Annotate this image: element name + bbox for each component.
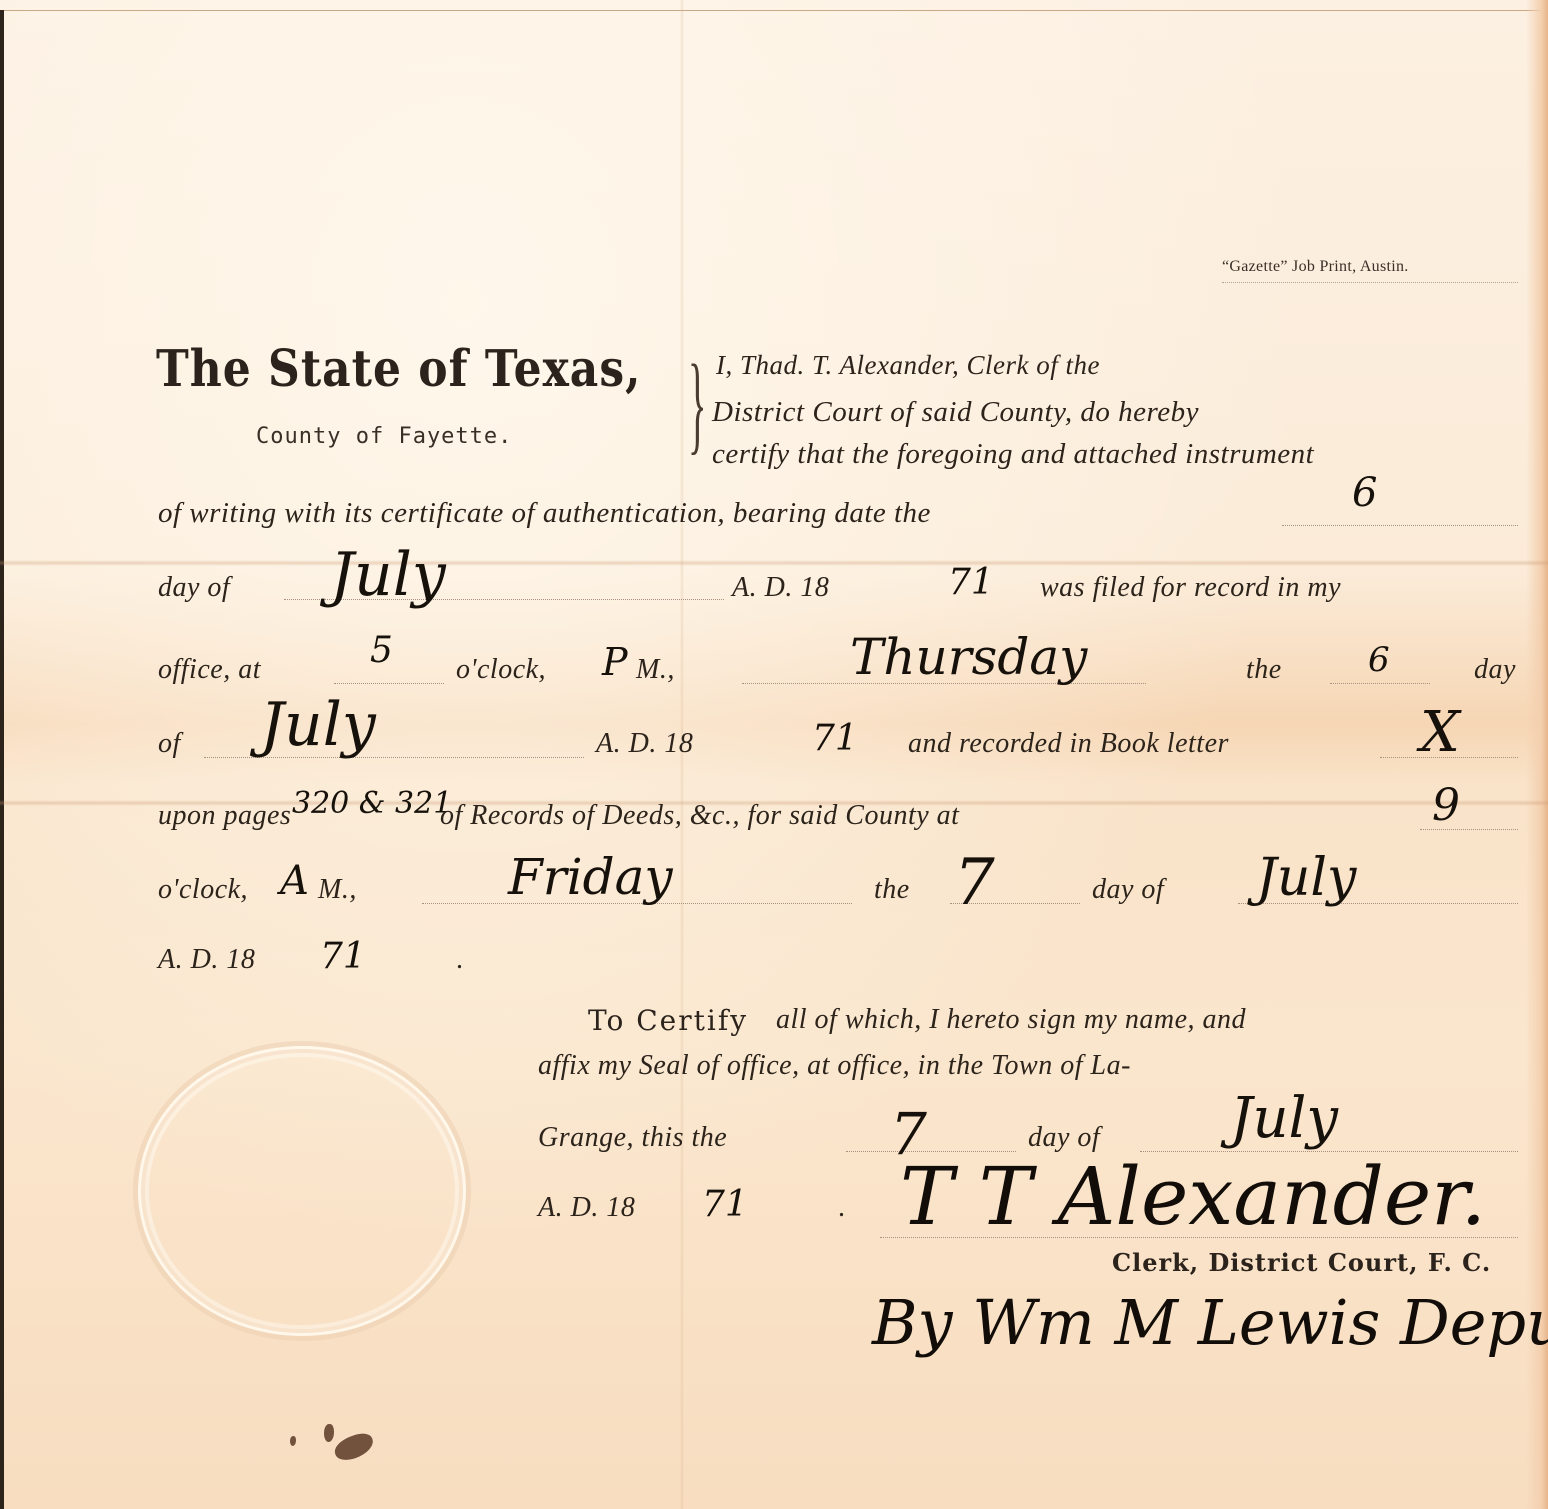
handwritten-recorded-hour: 9: [1432, 780, 1460, 831]
handwritten-attest-month: July: [1230, 1086, 1338, 1151]
handwritten-pages: 320 & 321: [292, 786, 452, 821]
cert-line-9d: day of: [1092, 874, 1164, 906]
state-title: The State of Texas,: [156, 340, 641, 399]
handwritten-recorded-weekday: Friday: [508, 848, 673, 906]
cert-line-4: of writing with its certificate of authe…: [158, 497, 931, 530]
deputy-signature: By Wm M Lewis Deputy: [872, 1286, 1548, 1359]
handwritten-recorded-month: July: [1256, 848, 1356, 908]
period-mark: .: [456, 944, 464, 976]
handwritten-bearing-year: 71: [948, 562, 994, 603]
cert-line-5b: A. D. 18: [732, 572, 829, 604]
cert-line-5c: was filed for record in my: [1040, 572, 1341, 604]
clerk-title: Clerk, District Court, F. C.: [1112, 1248, 1491, 1277]
paper-right-edge: [1526, 0, 1548, 1509]
clerk-signature: T T Alexander.: [900, 1150, 1486, 1243]
cert-line-2: District Court of said County, do hereby: [712, 396, 1199, 429]
handwritten-recorded-year: 71: [320, 936, 366, 977]
paper-left-edge: [0, 10, 4, 1509]
handwritten-filed-year: 71: [812, 718, 858, 759]
fill-line: [1330, 682, 1430, 684]
cert-line-9a: o'clock,: [158, 874, 248, 906]
cert-line-3: certify that the foregoing and attached …: [712, 438, 1314, 471]
handwritten-attest-year: 71: [702, 1184, 748, 1225]
cert-line-8b: of Records of Deeds, &c., for said Count…: [440, 800, 959, 832]
handwritten-bearing-day: 6: [1352, 470, 1377, 516]
embossed-seal: [138, 1046, 466, 1336]
fill-line: [1282, 524, 1518, 526]
attest-line-1: all of which, I hereto sign my name, and: [776, 1004, 1246, 1036]
attest-line-4: A. D. 18: [538, 1192, 635, 1224]
to-certify-heading: To Certify: [588, 1004, 748, 1037]
printer-imprint: “Gazette” Job Print, Austin.: [1222, 258, 1518, 283]
fold-crease: [0, 560, 1548, 566]
attest-blackletter: To Certify: [588, 1004, 748, 1038]
cert-line-6c: M.,: [636, 654, 675, 686]
handwritten-filed-day: 6: [1368, 640, 1390, 680]
cert-line-7c: and recorded in Book letter: [908, 728, 1229, 760]
cert-line-6a: office, at: [158, 654, 261, 686]
cert-line-6e: day: [1474, 654, 1516, 686]
cert-line-8a: upon pages: [158, 800, 291, 832]
attest-line-2: affix my Seal of office, at office, in t…: [538, 1050, 1131, 1082]
cert-line-9c: the: [874, 874, 910, 906]
cert-line-7a: of: [158, 728, 181, 760]
cert-line-6d: the: [1246, 654, 1282, 686]
attest-line-3a: Grange, this the: [538, 1122, 727, 1154]
handwritten-filed-hour: 5: [370, 630, 393, 671]
cert-line-9b: M.,: [318, 874, 357, 906]
cert-line-1: I, Thad. T. Alexander, Clerk of the: [716, 350, 1100, 381]
handwritten-recorded-day: 7: [954, 846, 995, 920]
handwritten-recorded-meridiem: A: [280, 858, 309, 904]
handwritten-filed-month: July: [260, 690, 376, 760]
handwritten-filed-weekday: Thursday: [850, 628, 1087, 686]
fill-line: [334, 682, 444, 684]
period-mark: .: [838, 1192, 846, 1224]
cert-line-10a: A. D. 18: [158, 944, 255, 976]
cert-line-7b: A. D. 18: [596, 728, 693, 760]
brace-divider: }: [688, 348, 706, 458]
handwritten-filed-meridiem: P: [602, 640, 628, 684]
county-label: County of Fayette.: [256, 424, 512, 449]
paper-top-edge: [0, 0, 1548, 11]
cert-line-6b: o'clock,: [456, 654, 546, 686]
cert-line-5a: day of: [158, 572, 230, 604]
handwritten-bearing-month: July: [330, 540, 446, 610]
handwritten-book-letter: X: [1420, 700, 1460, 765]
